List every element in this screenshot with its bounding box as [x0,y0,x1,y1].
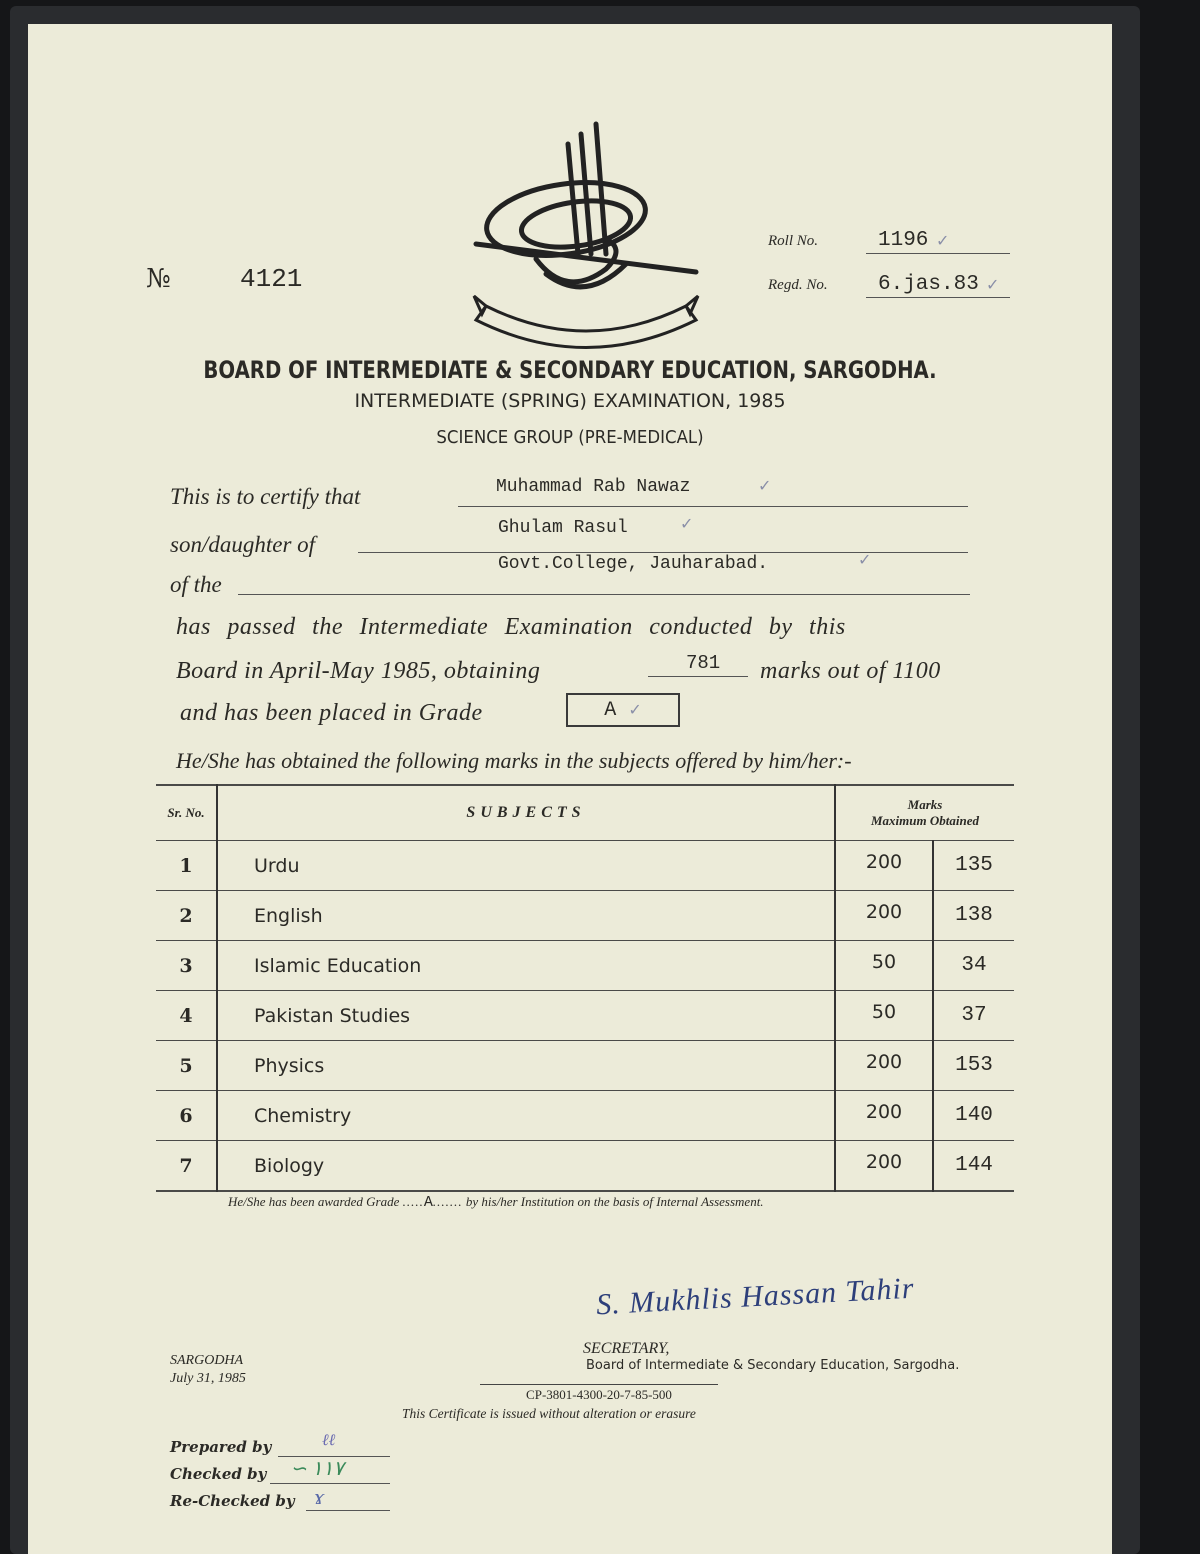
sr-no: 4 [156,991,217,1041]
rechecked-by-label: Re-Checked by [170,1492,295,1510]
header-obtained: Obtained [930,813,979,828]
print-code: CP-3801-4300-20-7-85-500 [480,1384,718,1403]
parent-label: son/daughter of [170,532,315,558]
obtained-marks: 34 [933,941,1014,991]
table-row: 4 Pakistan Studies 50 37 [156,991,1014,1041]
subject-name: Biology [217,1141,835,1192]
roll-no-label: Roll No. [768,233,818,250]
table-row: 6 Chemistry 200 140 [156,1091,1014,1141]
check-mark-icon: ✓ [680,514,693,533]
header-maximum: Maximum [871,813,927,828]
obtained-marks: 144 [933,1141,1014,1192]
table-row: 1 Urdu 200 135 [156,841,1014,891]
issue-date: July 31, 1985 [170,1370,246,1388]
check-mark-icon: ✓ [986,275,999,294]
subject-name: Islamic Education [217,941,835,991]
issue-place: SARGODHA [170,1352,246,1370]
max-marks: 200 [835,1091,933,1141]
sr-no: 2 [156,891,217,941]
certificate-number: 4121 [240,264,302,294]
max-marks: 200 [835,1041,933,1091]
internal-assessment-note: He/She has been awarded Grade .....A....… [228,1194,764,1211]
board-emblem-icon [456,114,716,354]
exam-title: INTERMEDIATE (SPRING) EXAMINATION, 1985 [28,390,1112,412]
sr-no: 5 [156,1041,217,1091]
subject-name: Pakistan Studies [217,991,835,1041]
certificate-page: № 4121 Roll No. 1196 ✓ Regd. No. [28,24,1112,1554]
header-marks: Marks Maximum Obtained [835,785,1014,841]
max-marks: 200 [835,841,933,891]
total-marks-obtained: 781 [686,652,720,674]
group-title: SCIENCE GROUP (PRE-MEDICAL) [71,427,1068,448]
grade-value: A [604,699,616,722]
max-marks: 200 [835,891,933,941]
subject-name: Urdu [217,841,835,891]
regd-no-value: 6.jas.83 [878,273,979,296]
table-row: 3 Islamic Education 50 34 [156,941,1014,991]
secretary-signature: S. Mukhlis Hassan Tahir [595,1272,915,1323]
certify-label: This is to certify that [170,484,360,510]
table-row: 5 Physics 200 153 [156,1041,1014,1091]
obtained-marks: 37 [933,991,1014,1041]
internal-assessment-prefix: He/She has been awarded Grade [228,1194,399,1209]
subject-name: English [217,891,835,941]
sr-no: 1 [156,841,217,891]
name-underline [458,506,968,507]
subject-name: Chemistry [217,1091,835,1141]
obtained-marks: 138 [933,891,1014,941]
sr-no: 3 [156,941,217,991]
institution-underline [238,594,970,595]
passed-text-out-of: marks out of 1100 [760,658,941,685]
internal-assessment-suffix: by his/her Institution on the basis of I… [466,1194,764,1209]
grade-box: A ✓ [566,693,680,727]
sr-no: 7 [156,1141,217,1192]
max-marks: 50 [835,991,933,1041]
obtained-marks: 135 [933,841,1014,891]
checked-by-initials: ∽ ۱۱۷ [290,1456,344,1481]
issue-place-date: SARGODHA July 31, 1985 [170,1352,246,1388]
parent-underline [358,552,968,553]
table-row: 2 English 200 138 [156,891,1014,941]
header-marks-label: Marks [836,797,1014,813]
secretary-board: Board of Intermediate & Secondary Educat… [586,1358,959,1373]
checked-by-label: Checked by [170,1465,266,1483]
max-marks: 200 [835,1141,933,1192]
checked-by-line [270,1483,390,1484]
check-mark-icon: ✓ [858,550,871,569]
total-marks-underline [648,676,748,677]
rechecked-by-initials: ɤ [314,1484,324,1510]
subject-name: Physics [217,1041,835,1091]
table-row: 7 Biology 200 144 [156,1141,1014,1192]
issued-note: This Certificate is issued without alter… [402,1406,696,1422]
max-marks: 50 [835,941,933,991]
roll-registration-block: Roll No. 1196 ✓ Regd. No. 6.jas.83 ✓ [768,216,1018,304]
rechecked-by-line [306,1510,390,1511]
header-subjects: SUBJECTS [217,785,835,841]
board-title: BOARD OF INTERMEDIATE & SECONDARY EDUCAT… [126,356,1015,384]
regd-no-label: Regd. No. [768,277,828,294]
check-mark-icon: ✓ [758,476,771,495]
obtained-marks: 140 [933,1091,1014,1141]
passed-text-line1: has passed the Intermediate Examination … [176,614,846,641]
institution-label: of the [170,572,222,598]
internal-grade: A [424,1194,433,1211]
marks-table: Sr. No. SUBJECTS Marks Maximum Obtained … [156,784,1014,1192]
marks-intro: He/She has obtained the following marks … [176,748,852,774]
header-sr-no: Sr. No. [156,785,217,841]
candidate-name: Muhammad Rab Nawaz [496,477,690,497]
grade-label: and has been placed in Grade [180,700,483,727]
sr-no: 6 [156,1091,217,1141]
prepared-by-initials: ℓℓ [322,1432,335,1450]
roll-no-value: 1196 [878,229,928,252]
certificate-number-label: № [146,264,171,294]
passed-text-line2: Board in April-May 1985, obtaining [176,658,540,685]
check-mark-icon: ✓ [936,231,949,250]
secretary-title: SECRETARY, [583,1340,669,1358]
parent-name: Ghulam Rasul [498,518,628,538]
institution-name: Govt.College, Jauharabad. [498,554,768,574]
prepared-by-label: Prepared by [170,1438,271,1456]
obtained-marks: 153 [933,1041,1014,1091]
